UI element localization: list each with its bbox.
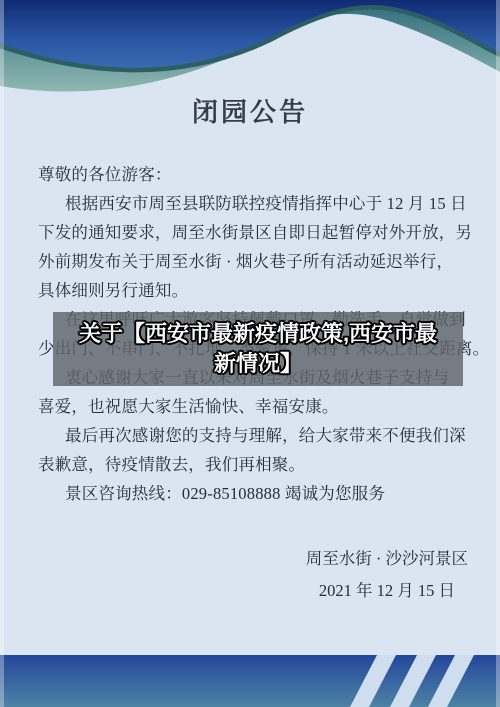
closure-notice-page: 闭园公告 尊敬的各位游客： 根据西安市周至县联防联控疫情指挥中心于 12 月 1… <box>0 0 500 707</box>
overlay-title-banner: 关于【西安市最新疫情政策,西安市最 新情况】 <box>53 312 463 386</box>
right-edge-strip <box>496 0 500 707</box>
notice-line: 喜爱，也祝愿大家生活愉快、幸福安康。 <box>38 392 468 421</box>
overlay-title-line2: 新情况】 <box>53 349 463 379</box>
signature-org: 周至水街 · 沙沙河景区 <box>306 543 468 575</box>
notice-title: 闭园公告 <box>0 92 500 129</box>
notice-line: 下发的通知要求，周至水街景区自即日起暂停对外开放，另 <box>38 218 468 247</box>
header-wave-graphic <box>0 0 500 175</box>
footer-band-graphic <box>0 655 500 707</box>
header-dark-blue-area <box>0 0 500 70</box>
notice-line: 具体细则另行通知。 <box>38 276 468 305</box>
notice-line: 外前期发布关于周至水街 · 烟火巷子所有活动延迟举行， <box>38 247 468 276</box>
left-edge-strip <box>0 0 4 707</box>
notice-line: 尊敬的各位游客： <box>38 160 468 189</box>
notice-line: 表歉意，待疫情散去，我们再相聚。 <box>38 450 468 479</box>
overlay-title-line1: 关于【西安市最新疫情政策,西安市最 <box>53 319 463 349</box>
notice-line: 最后再次感谢您的支持与理解，给大家带来不便我们深 <box>38 421 468 450</box>
signature-date: 2021 年 12 月 15 日 <box>306 575 468 607</box>
notice-line: 根据西安市周至县联防联控疫情指挥中心于 12 月 15 日 <box>38 189 468 218</box>
signature-block: 周至水街 · 沙沙河景区 2021 年 12 月 15 日 <box>306 543 468 607</box>
notice-hotline-line: 景区咨询热线：029-85108888 竭诚为您服务 <box>38 479 468 508</box>
